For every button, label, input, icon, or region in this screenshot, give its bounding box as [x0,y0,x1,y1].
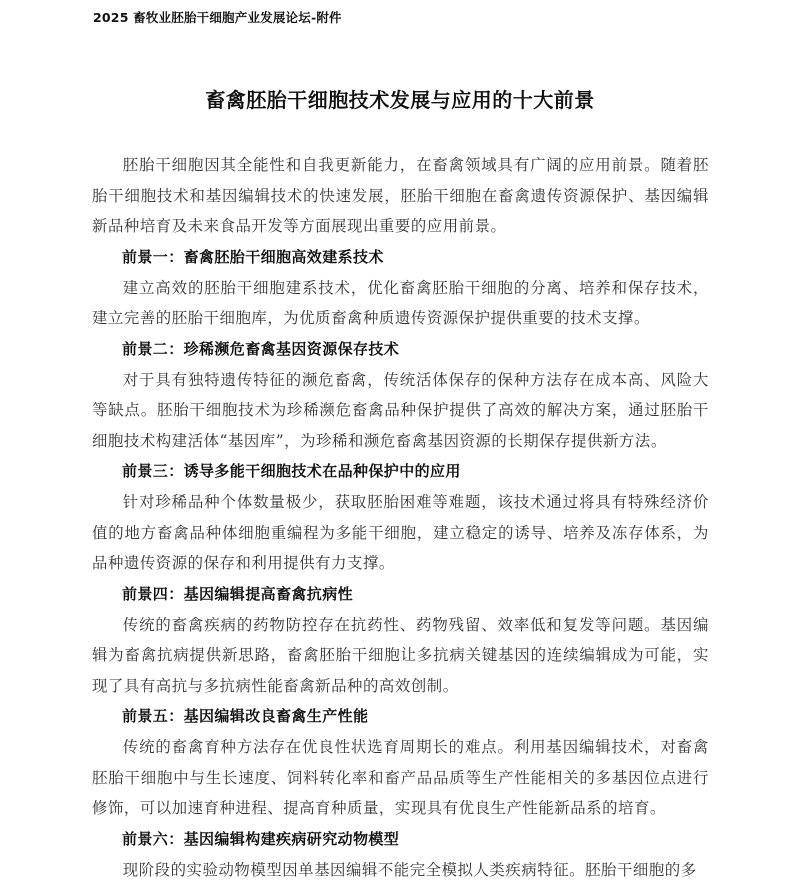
section-heading-3: 前景三：诱导多能干细胞技术在品种保护中的应用 [92,456,709,487]
section-body-2: 对于具有独特遗传特征的濒危畜禽，传统活体保存的保种方法存在成本高、风险大等缺点。… [92,365,709,457]
page-header: 2025 畜牧业胚胎干细胞产业发展论坛-附件 [93,8,342,26]
section-heading-6: 前景六：基因编辑构建疾病研究动物模型 [92,824,709,855]
section-body-3: 针对珍稀品种个体数量极少，获取胚胎困难等难题，该技术通过将具有特殊经济价值的地方… [92,487,709,579]
section-body-5: 传统的畜禽育种方法存在优良性状选育周期长的难点。利用基因编辑技术，对畜禽胚胎干细… [92,732,709,824]
intro-paragraph: 胚胎干细胞因其全能性和自我更新能力，在畜禽领域具有广阔的应用前景。随着胚胎干细胞… [92,150,709,242]
section-body-6: 现阶段的实验动物模型因单基因编辑不能完全模拟人类疾病特征。胚胎干细胞的多 [92,855,709,886]
section-heading-1: 前景一：畜禽胚胎干细胞高效建系技术 [92,242,709,273]
section-heading-5: 前景五：基因编辑改良畜禽生产性能 [92,701,709,732]
section-body-1: 建立高效的胚胎干细胞建系技术，优化畜禽胚胎干细胞的分离、培养和保存技术，建立完善… [92,273,709,334]
section-heading-2: 前景二：珍稀濒危畜禽基因资源保存技术 [92,334,709,365]
document-body: 胚胎干细胞因其全能性和自我更新能力，在畜禽领域具有广阔的应用前景。随着胚胎干细胞… [92,150,709,885]
section-body-4: 传统的畜禽疾病的药物防控存在抗药性、药物残留、效率低和复发等问题。基因编辑为畜禽… [92,610,709,702]
document-title: 畜禽胚胎干细胞技术发展与应用的十大前景 [0,84,800,113]
section-heading-4: 前景四：基因编辑提高畜禽抗病性 [92,579,709,610]
